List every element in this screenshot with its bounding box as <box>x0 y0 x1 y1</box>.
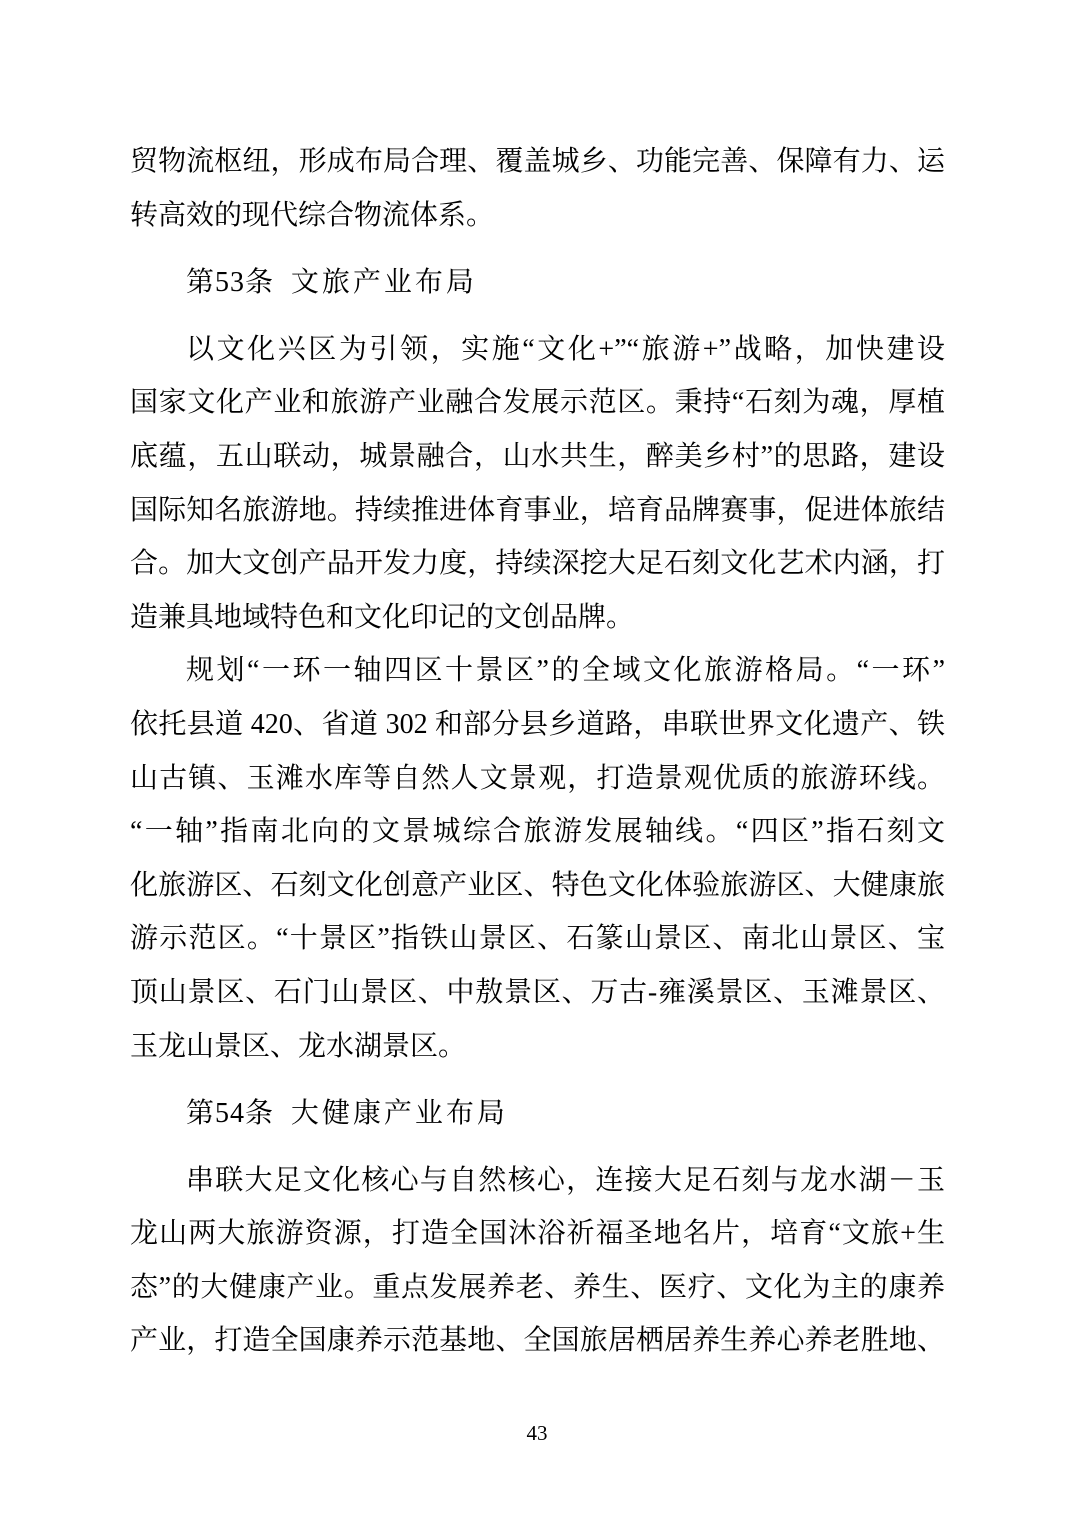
text-line: “一轴”指南北向的文景城综合旅游发展轴线。“四区”指石刻文 <box>130 805 945 859</box>
article-title: 文旅产业布局 <box>291 267 477 298</box>
text-line: 化旅游区、石刻文化创意产业区、特色文化体验旅游区、大健康旅 <box>130 859 945 913</box>
text-line: 游示范区。“十景区”指铁山景区、石篆山景区、南北山景区、宝 <box>130 912 945 966</box>
text-line: 国际知名旅游地。持续推进体育事业，培育品牌赛事，促进体旅结 <box>130 484 945 538</box>
text-line: 玉龙山景区、龙水湖景区。 <box>130 1020 945 1074</box>
text-line: 造兼具地域特色和文化印记的文创品牌。 <box>130 591 945 645</box>
text-line: 产业，打造全国康养示范基地、全国旅居栖居养生养心养老胜地、 <box>130 1314 945 1368</box>
paragraph-tourism-layout: 规划“一环一轴四区十景区”的全域文化旅游格局。“一环” 依托县道 420、省道 … <box>130 644 945 1073</box>
text-line: 贸物流枢纽，形成布局合理、覆盖城乡、功能完善、保障有力、运 <box>130 135 945 189</box>
text-line: 规划“一环一轴四区十景区”的全域文化旅游格局。“一环” <box>130 644 945 698</box>
text-line: 龙山两大旅游资源，打造全国沐浴祈福圣地名片，培育“文旅+生 <box>130 1207 945 1261</box>
text-line: 国家文化产业和旅游产业融合发展示范区。秉持“石刻为魂，厚植 <box>130 376 945 430</box>
paragraph-culture-tourism: 以文化兴区为引领，实施“文化+”“旅游+”战略，加快建设 国家文化产业和旅游产业… <box>130 323 945 645</box>
heading-article-54: 第54条大健康产业布局 <box>130 1087 945 1141</box>
paragraph-logistics-continuation: 贸物流枢纽，形成布局合理、覆盖城乡、功能完善、保障有力、运 转高效的现代综合物流… <box>130 135 945 242</box>
text-line: 山古镇、玉滩水库等自然人文景观，打造景观优质的旅游环线。 <box>130 752 945 806</box>
text-line: 以文化兴区为引领，实施“文化+”“旅游+”战略，加快建设 <box>130 323 945 377</box>
article-number: 第53条 <box>186 267 274 298</box>
article-number: 第54条 <box>186 1098 274 1129</box>
text-content: 贸物流枢纽，形成布局合理、覆盖城乡、功能完善、保障有力、运 转高效的现代综合物流… <box>130 135 945 1368</box>
paragraph-health-industry: 串联大足文化核心与自然核心，连接大足石刻与龙水湖－玉 龙山两大旅游资源，打造全国… <box>130 1154 945 1368</box>
heading-article-53: 第53条文旅产业布局 <box>130 256 945 310</box>
text-line: 依托县道 420、省道 302 和部分县乡道路，串联世界文化遗产、铁 <box>130 698 945 752</box>
page-number: 43 <box>0 1420 1074 1446</box>
text-line: 串联大足文化核心与自然核心，连接大足石刻与龙水湖－玉 <box>130 1154 945 1208</box>
document-page: 贸物流枢纽，形成布局合理、覆盖城乡、功能完善、保障有力、运 转高效的现代综合物流… <box>0 0 1074 1520</box>
text-line: 底蕴，五山联动，城景融合，山水共生，醉美乡村”的思路，建设 <box>130 430 945 484</box>
text-line: 态”的大健康产业。重点发展养老、养生、医疗、文化为主的康养 <box>130 1261 945 1315</box>
text-line: 合。加大文创产品开发力度，持续深挖大足石刻文化艺术内涵，打 <box>130 537 945 591</box>
text-line: 转高效的现代综合物流体系。 <box>130 189 945 243</box>
text-line: 顶山景区、石门山景区、中敖景区、万古-雍溪景区、玉滩景区、 <box>130 966 945 1020</box>
article-title: 大健康产业布局 <box>291 1098 508 1129</box>
